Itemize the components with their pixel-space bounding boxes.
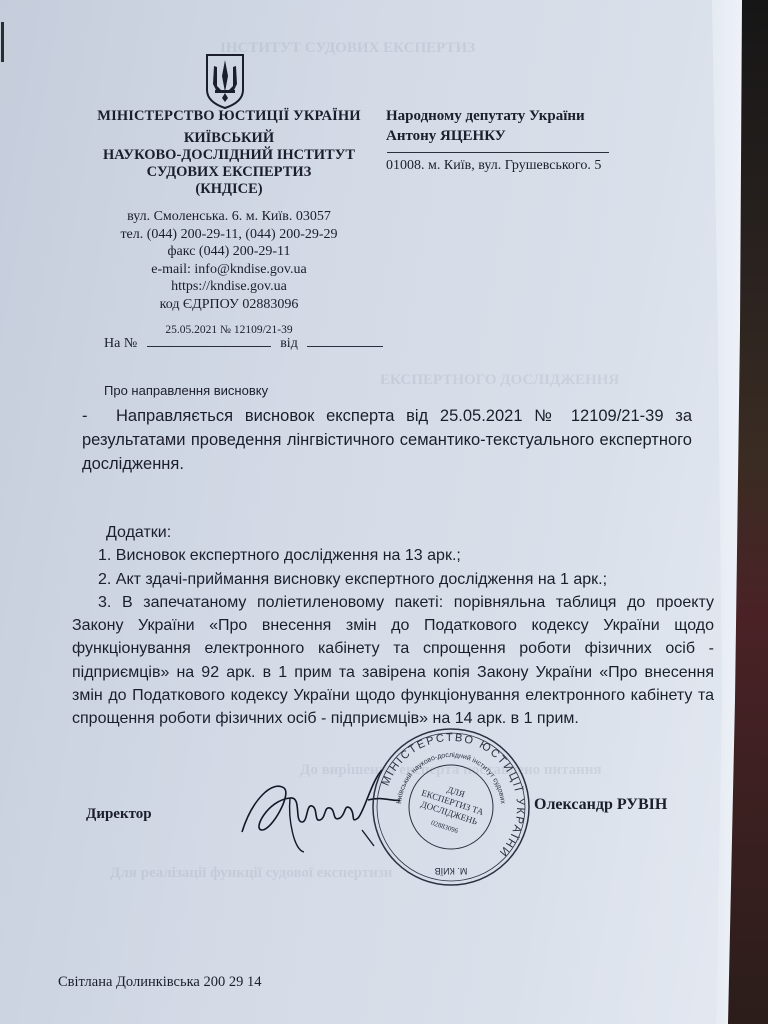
addressee-address: 01008. м. Київ, вул. Грушевського. 5 <box>386 158 601 174</box>
letter-body: -Направляється висновок експерта від 25.… <box>82 404 692 476</box>
svg-text:М. КИЇВ: М. КИЇВ <box>435 866 468 876</box>
sender-edrpou: код ЄДРПОУ 02883096 <box>90 296 368 314</box>
sender-fax: факс (044) 200-29-11 <box>90 243 368 261</box>
sender-website: https://kndise.gov.ua <box>90 278 368 296</box>
signatory-title: Директор <box>86 806 152 823</box>
reply-number-blank <box>147 336 271 347</box>
sender-email: e-mail: info@kndise.gov.ua <box>90 261 368 279</box>
annexes-title: Додатки: <box>72 521 714 544</box>
show-through-text: ЕКСПЕРТНОГО ДОСЛІДЖЕННЯ <box>380 372 619 389</box>
sender-address: вул. Смоленська. 6. м. Київ. 03057 <box>90 208 368 226</box>
show-through-text: ІНСТИТУТ СУДОВИХ ЕКСПЕРТИЗ <box>220 40 475 57</box>
sender-phone: тел. (044) 200-29-11, (044) 200-29-29 <box>90 226 368 244</box>
annex-item: 1. Висновок експертного дослідження на 1… <box>72 544 714 567</box>
coat-of-arms-icon <box>204 52 246 110</box>
institute-name: КИЇВСЬКИЙ НАУКОВО-ДОСЛІДНИЙ ІНСТИТУТ СУД… <box>90 130 368 198</box>
binder-mark <box>1 22 4 62</box>
letter-subject: Про направлення висновку <box>104 383 268 398</box>
addressee-block: Народному депутату України Антону ЯЦЕНКУ <box>386 106 585 146</box>
sender-block: МІНІСТЕРСТВО ЮСТИЦІЇ УКРАЇНИ КИЇВСЬКИЙ Н… <box>90 108 368 339</box>
reply-date-blank <box>307 336 383 347</box>
annexes-list: Додатки: 1. Висновок експертного дослідж… <box>72 521 714 731</box>
annex-item: 2. Акт здачі-приймання висновку експертн… <box>72 568 714 591</box>
signatory-name: Олександр РУВІН <box>534 796 667 814</box>
show-through-text: Для реалізації функції судової експертиз… <box>110 865 392 882</box>
annex-item: 3. В запечатаному поліетиленовому пакеті… <box>72 591 714 731</box>
official-stamp: МІНІСТЕРСТВО ЮСТИЦІЇ УКРАЇНИ Київський н… <box>366 726 536 888</box>
reply-reference-line: На № від <box>104 336 383 352</box>
sender-contacts: вул. Смоленська. 6. м. Київ. 03057 тел. … <box>90 208 368 313</box>
ministry-name: МІНІСТЕРСТВО ЮСТИЦІЇ УКРАЇНИ <box>90 108 368 125</box>
letter-page: ІНСТИТУТ СУДОВИХ ЕКСПЕРТИЗ ЕКСПЕРТНОГО Д… <box>0 0 728 1024</box>
executor-contact: Світлана Долинківська 200 29 14 <box>58 974 262 991</box>
svg-text:02883096: 02883096 <box>430 819 460 835</box>
addressee-divider <box>387 152 609 153</box>
body-paragraph: Направляється висновок експерта від 25.0… <box>82 407 692 473</box>
